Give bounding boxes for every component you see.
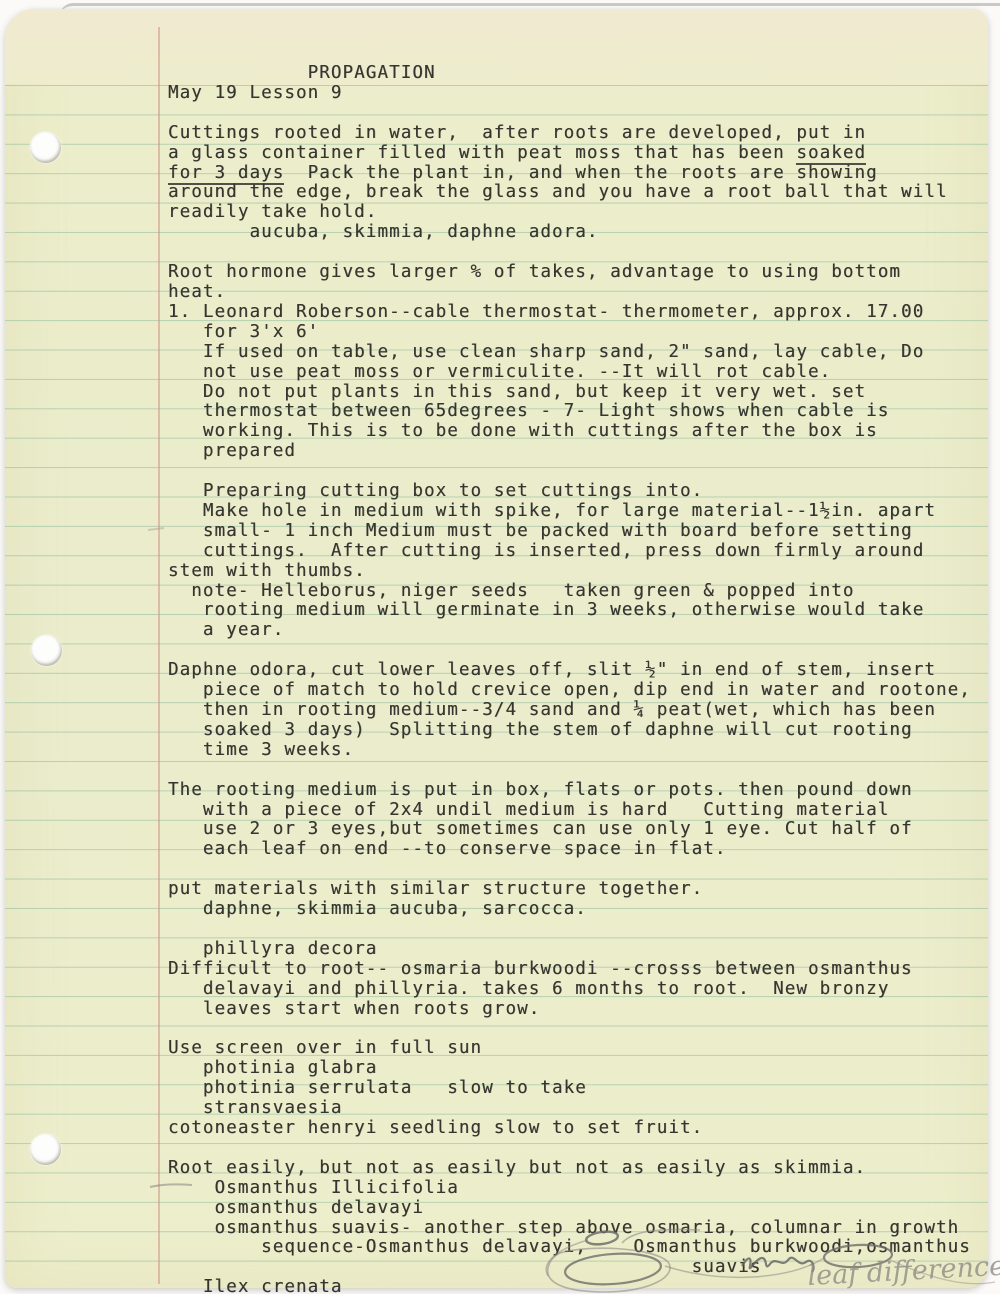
margin-line [158, 27, 160, 1284]
punch-hole-top [30, 132, 61, 163]
scanned-notebook-page: PROPAGATION May 19 Lesson 9 Cuttings roo… [0, 0, 1000, 1294]
text-segment: PROPAGATION May 19 Lesson 9 Cuttings roo… [168, 63, 866, 163]
typewritten-text: PROPAGATION May 19 Lesson 9 Cuttings roo… [168, 64, 971, 1294]
punch-hole-bottom [30, 1134, 61, 1165]
underlined-phrase-for-3-days: for 3 days [168, 163, 284, 185]
underlined-word-soaked: soaked [796, 143, 866, 165]
punch-hole-middle [31, 635, 62, 666]
text-segment: Pack the plant in, and when the roots ar… [168, 163, 971, 1294]
